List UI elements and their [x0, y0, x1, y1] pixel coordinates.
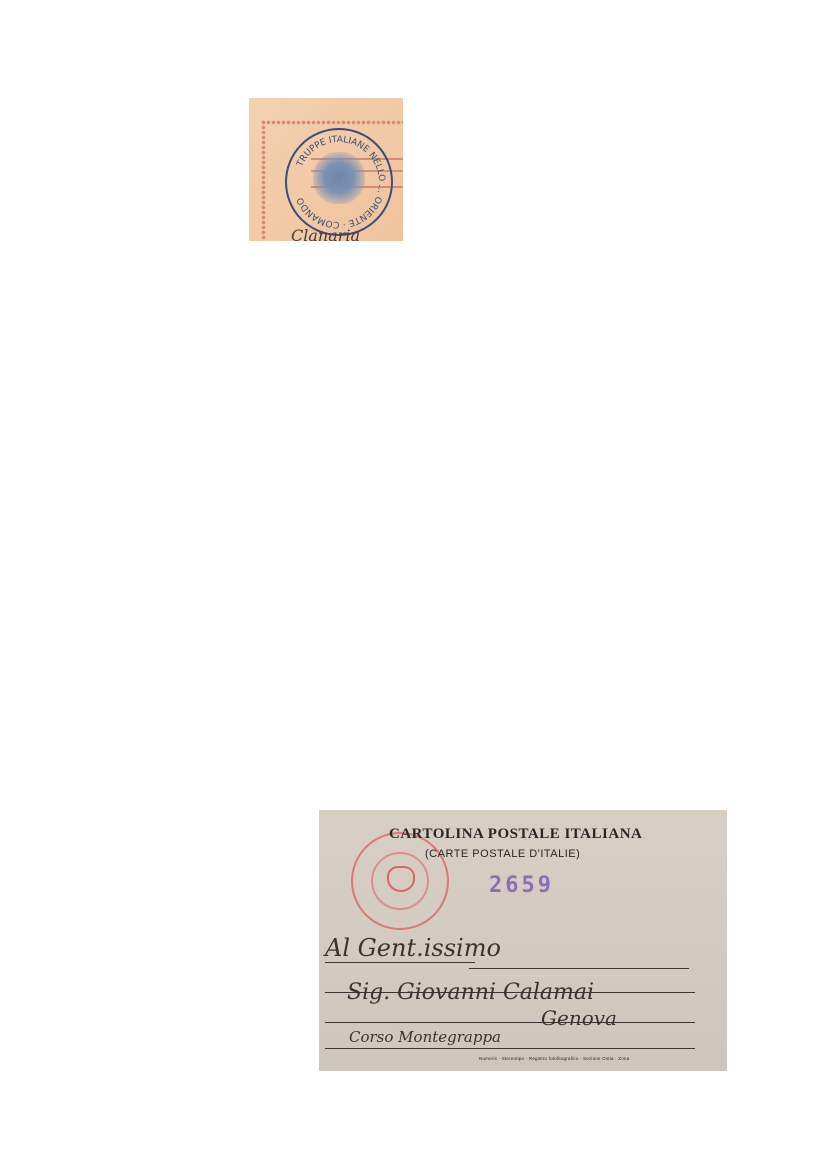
svg-text:TRUPPE ITALIANE NELLO ... ORIE: TRUPPE ITALIANE NELLO ... ORIENTE · COMA… [295, 135, 386, 229]
dotted-border-top [261, 120, 403, 125]
address-name: Sig. Giovanni Calamai [347, 980, 594, 1005]
address-line-1b [469, 968, 689, 969]
crown-crest-icon [387, 866, 415, 892]
address-street: Corso Montegrappa [349, 1028, 501, 1046]
postcard-image: CARTOLINA POSTALE ITALIANA (CARTE POSTAL… [319, 810, 727, 1071]
postcard-title: CARTOLINA POSTALE ITALIANA [389, 826, 642, 843]
postcard-subtitle: (CARTE POSTALE D'ITALIE) [425, 848, 580, 860]
handwriting-fragment: Clanaria [291, 226, 360, 241]
address-salutation: Al Gent.issimo [325, 934, 501, 962]
address-line-4 [325, 1048, 695, 1049]
dotted-border-left [261, 120, 266, 241]
address-city: Genova [541, 1006, 617, 1030]
printer-footer: Numeris · Stereotipo · Registro fotolito… [479, 1056, 629, 1061]
postcard-number: 2659 [489, 873, 554, 898]
address-line-1 [325, 962, 475, 963]
address-line-3 [325, 1022, 695, 1023]
military-postmark: TRUPPE ITALIANE NELLO ... ORIENTE · COMA… [285, 128, 393, 236]
stamp-fragment-image: TRUPPE ITALIANE NELLO ... ORIENTE · COMA… [249, 98, 403, 241]
red-postmark [351, 832, 449, 930]
postmark-text: TRUPPE ITALIANE NELLO ... ORIENTE · COMA… [287, 130, 391, 234]
